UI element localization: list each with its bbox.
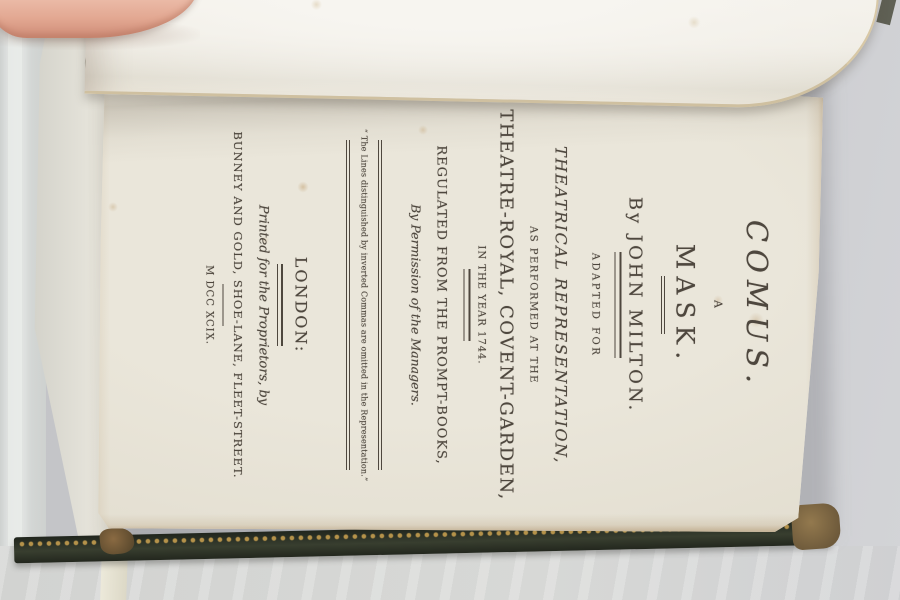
- book-subtitle: MASK.: [671, 60, 700, 550]
- imprint-year-roman: M DCC XCIX.: [204, 60, 215, 550]
- long-double-rule: [346, 140, 350, 470]
- as-performed-line: AS PERFORMED AT THE: [528, 60, 539, 550]
- theatre-royal-line: THEATRE-ROYAL, COVENT-GARDEN,: [496, 60, 517, 550]
- permission-line: By Permission of the Managers.: [409, 60, 424, 550]
- imprint-rule: [277, 264, 283, 346]
- theatrical-line: THEATRICAL REPRESENTATION,: [552, 60, 571, 550]
- long-double-rule: [378, 140, 382, 470]
- thick-double-rule: [615, 252, 622, 358]
- regulated-line: REGULATED FROM THE PROMPT-BOOKS,: [434, 60, 449, 550]
- title-article: A: [712, 60, 725, 550]
- quotation-line: “ The Lines distinguished by inverted Co…: [360, 60, 369, 550]
- book-title: COMUS.: [740, 60, 774, 550]
- imprint-address-line: BUNNEY AND GOLD, SHOE-LANE, FLEET-STREET…: [231, 60, 245, 550]
- flipped-page-curl: [84, 0, 879, 110]
- short-rule: [223, 284, 224, 326]
- photo-of-open-antique-book: COMUS. A MASK. By JOHN MILTON. ADAPTED F…: [0, 0, 900, 600]
- tissue-highlight-streak: [8, 22, 22, 600]
- thick-double-rule: [464, 269, 471, 341]
- adapted-for-line: ADAPTED FOR: [590, 60, 601, 550]
- year-line: IN THE YEAR 1744.: [476, 60, 487, 550]
- imprint-printer-line: Printed for the Proprietors, by: [256, 60, 271, 550]
- author-byline: By JOHN MILTON.: [625, 60, 646, 550]
- imprint-city: LONDON:: [292, 60, 311, 550]
- cover-edge-top-right: [876, 0, 897, 25]
- double-rule: [661, 276, 665, 334]
